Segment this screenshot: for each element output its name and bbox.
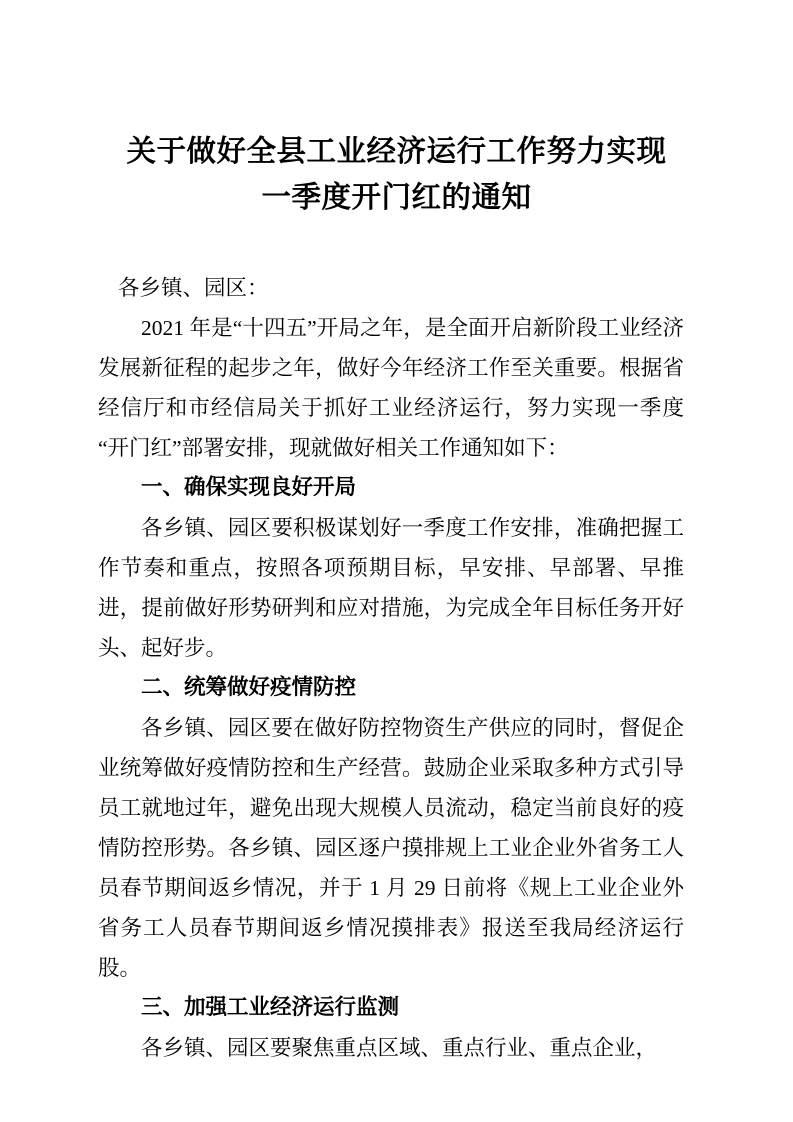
section-3-body: 各乡镇、园区要聚焦重点区域、重点行业、重点企业， [98, 1028, 684, 1068]
section-3-heading: 三、加强工业经济运行监测 [98, 988, 684, 1028]
document-title-line-2: 一季度开门红的通知 [0, 175, 793, 221]
section-1-body: 各乡镇、园区要积极谋划好一季度工作安排，准确把握工作节奏和重点，按照各项预期目标… [98, 508, 684, 668]
document-body: 各乡镇、园区： 2021 年是“十四五”开局之年，是全面开启新阶段工业经济发展新… [98, 268, 684, 1068]
document-page: 关于做好全县工业经济运行工作努力实现 一季度开门红的通知 各乡镇、园区： 202… [0, 0, 793, 1122]
document-title: 关于做好全县工业经济运行工作努力实现 一季度开门红的通知 [0, 0, 793, 221]
salutation: 各乡镇、园区： [98, 268, 684, 308]
section-2-body: 各乡镇、园区要在做好防控物资生产供应的同时，督促企业统筹做好疫情防控和生产经营。… [98, 708, 684, 988]
document-title-line-1: 关于做好全县工业经济运行工作努力实现 [0, 129, 793, 175]
section-2-heading: 二、统筹做好疫情防控 [98, 668, 684, 708]
intro-paragraph: 2021 年是“十四五”开局之年，是全面开启新阶段工业经济发展新征程的起步之年，… [98, 308, 684, 468]
section-1-heading: 一、确保实现良好开局 [98, 468, 684, 508]
